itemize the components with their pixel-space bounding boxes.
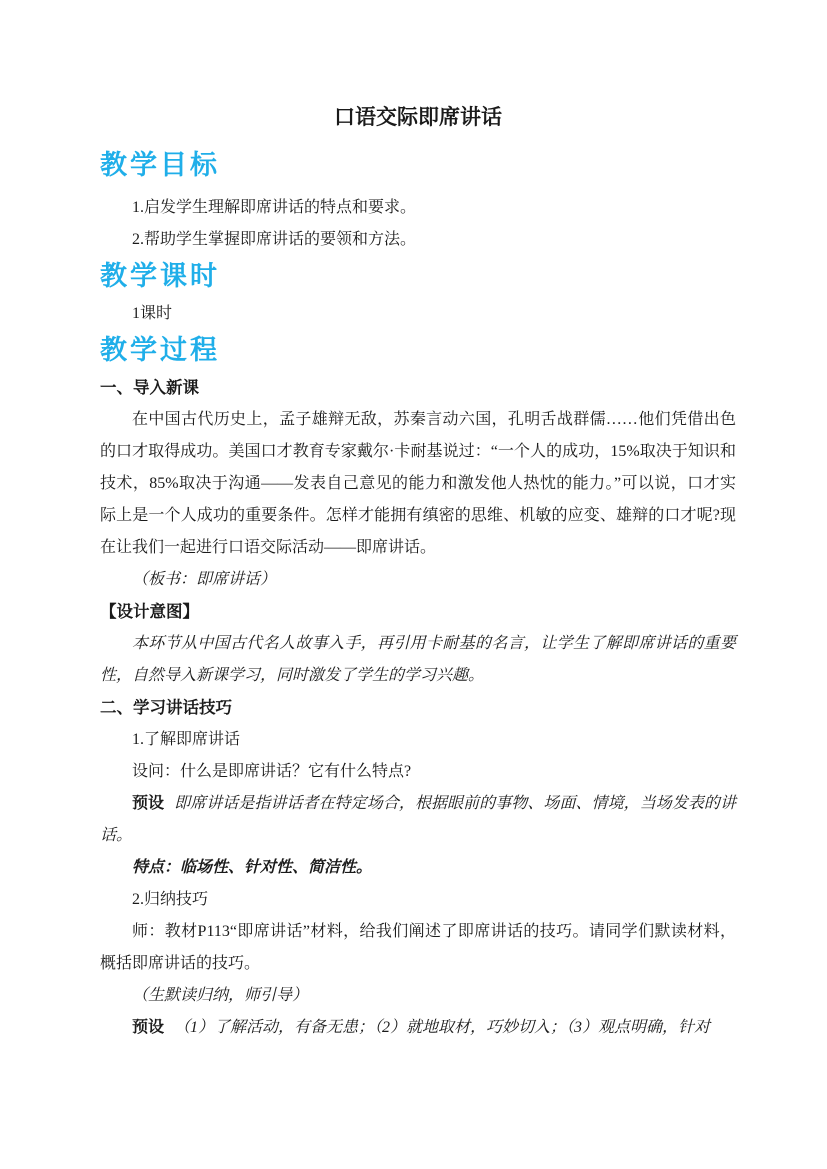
- document-page: 口语交际即席讲话 教学目标 1.启发学生理解即席讲话的特点和要求。 2.帮助学生…: [0, 0, 827, 1169]
- part2-step2-title: 2.归纳技巧: [100, 884, 736, 916]
- part1-design-intent-body: 本环节从中国古代名人故事入手，再引用卡耐基的名言，让学生了解即席讲话的重要性，自…: [100, 628, 736, 692]
- part2-activity-aside: （生默读归纳，师引导）: [100, 980, 736, 1012]
- part2-teacher-line: 师：教材P113“即席讲话”材料，给我们阐述了即席讲话的技巧。请同学们默读材料，…: [100, 916, 736, 980]
- preset2-body: （1）了解活动，有备无患；（2）就地取材，巧妙切入；（3）观点明确，针对: [174, 1019, 710, 1036]
- part2-step1-title: 1.了解即席讲话: [100, 724, 736, 756]
- subheading-part1-lead-in: 一、导入新课: [100, 372, 736, 404]
- preset2-label: 预设: [132, 1019, 164, 1036]
- heading-teaching-objectives: 教学目标: [100, 148, 736, 182]
- preset1-body: 即席讲话是指讲话者在特定场合，根据眼前的事物、场面、情境，当场发表的讲话。: [100, 795, 736, 844]
- doc-title: 口语交际即席讲话: [100, 104, 736, 130]
- part1-intro-paragraph: 在中国古代历史上，孟子雄辩无敌，苏秦言动六国，孔明舌战群儒……他们凭借出色的口才…: [100, 404, 736, 564]
- preset1-label: 预设: [132, 795, 164, 812]
- part1-board-note: （板书：即席讲话）: [100, 564, 736, 596]
- part2-preset1-paragraph: 预设即席讲话是指讲话者在特定场合，根据眼前的事物、场面、情境，当场发表的讲话。: [100, 788, 736, 852]
- subheading-part2-skills: 二、学习讲话技巧: [100, 692, 736, 724]
- heading-teaching-process: 教学过程: [100, 333, 736, 367]
- part2-question-line: 设问：什么是即席讲话？它有什么特点?: [100, 756, 736, 788]
- objective-item-1: 1.启发学生理解即席讲话的特点和要求。: [100, 192, 736, 224]
- part2-preset2-paragraph: 预设（1）了解活动，有备无患；（2）就地取材，巧妙切入；（3）观点明确，针对: [100, 1012, 736, 1044]
- teaching-hours-value: 1课时: [100, 298, 736, 330]
- part1-design-intent-label: 【设计意图】: [100, 596, 736, 628]
- objective-item-2: 2.帮助学生掌握即席讲话的要领和方法。: [100, 224, 736, 256]
- heading-teaching-hours: 教学课时: [100, 259, 736, 293]
- part2-features-line: 特点：临场性、针对性、简洁性。: [100, 852, 736, 884]
